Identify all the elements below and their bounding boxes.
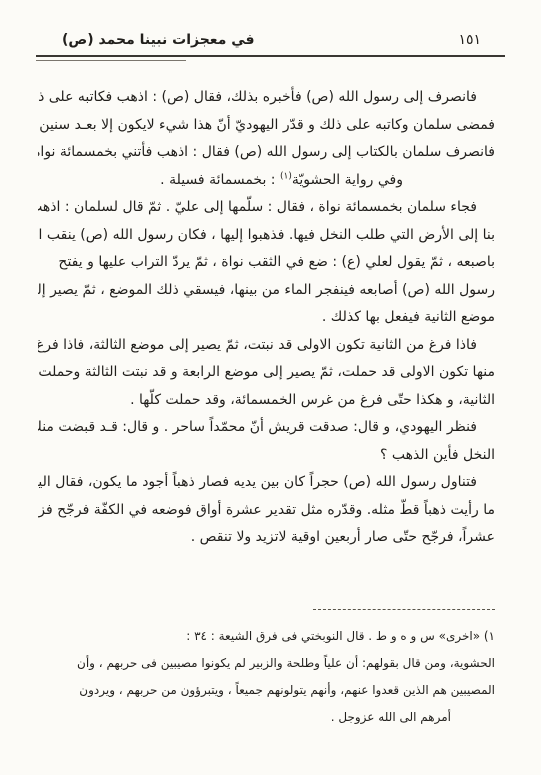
footnote-line: أمرهم الى الله عزوجل . [40,704,495,731]
footnote-line: ١) «اخرى» س و ه و ط . قال النوبختي فى فر… [40,623,495,650]
footnote-marker: (١) [280,171,292,181]
page-title: في معجزات نبينا محمد (ص) [62,32,255,48]
page-header: في معجزات نبينا محمد (ص) ١٥١ [0,0,541,48]
body-line: باصبعه ، ثمّ يقول لعلي (ع) : ضع في الثقب… [38,249,495,277]
body-line-variant: وفي رواية الحشويّة(١) : بخمسمائة فسيلة . [38,167,495,195]
body-line: الثانية، و هكذا حتّى فرغ من غرس الخمسمائ… [38,387,495,415]
body-line: فجاء سلمان بخمسمائة نواة ، فقال : سلّمها… [38,194,495,222]
body-line: بنا إلى الأرض التي طلب النخل فيها. فذهبو… [38,222,495,250]
body-line: النخل فأين الذهب ؟ [38,442,495,470]
footnote-line: المصيبين هم الذين قعدوا عنهم، وأنهم يتول… [40,677,495,704]
body-line: عشراً، فرجّح حتّى صار أربعين اوقية لاتزي… [38,524,495,552]
body-line: منها تكون الاولى قد حملت، ثمّ يصير إلى م… [38,359,495,387]
body-line: موضع الثانية فيفعل بها كذلك . [38,304,495,332]
footnote-separator [313,609,495,610]
header-rule [36,55,505,61]
body-line: فانصرف سلمان بالكتاب إلى رسول الله (ص) ف… [38,139,495,167]
body-text: فانصرف إلى رسول الله (ص) فأخبره بذلك، فق… [0,84,541,552]
body-line: رسول الله (ص) أصابعه فينفجر الماء من بين… [38,277,495,305]
book-page: في معجزات نبينا محمد (ص) ١٥١ فانصرف إلى … [0,0,541,775]
footnote-line: الحشوية، ومن قال بقولهم: أن علياً وطلحة … [40,650,495,677]
page-number: ١٥١ [458,32,481,48]
variant-text-after: : بخمسمائة فسيلة . [160,172,280,188]
variant-text-before: وفي رواية الحشويّة [292,172,403,188]
body-line: فاذا فرغ من الثانية تكون الاولى قد نبتت،… [38,332,495,360]
footnote: ١) «اخرى» س و ه و ط . قال النوبختي فى فر… [0,623,541,731]
body-line: فنظر اليهودي، و قال: صدقت قريش أنّ محمّد… [38,414,495,442]
body-line: فتناول رسول الله (ص) حجراً كان بين يديه … [38,469,495,497]
body-line: فانصرف إلى رسول الله (ص) فأخبره بذلك، فق… [38,84,495,112]
body-line: ما رأيت ذهباً قطّ مثله. وقدّره مثل تقدير… [38,497,495,525]
body-line: فمضى سلمان وكاتبه على ذلك و قدّر اليهودي… [38,112,495,140]
